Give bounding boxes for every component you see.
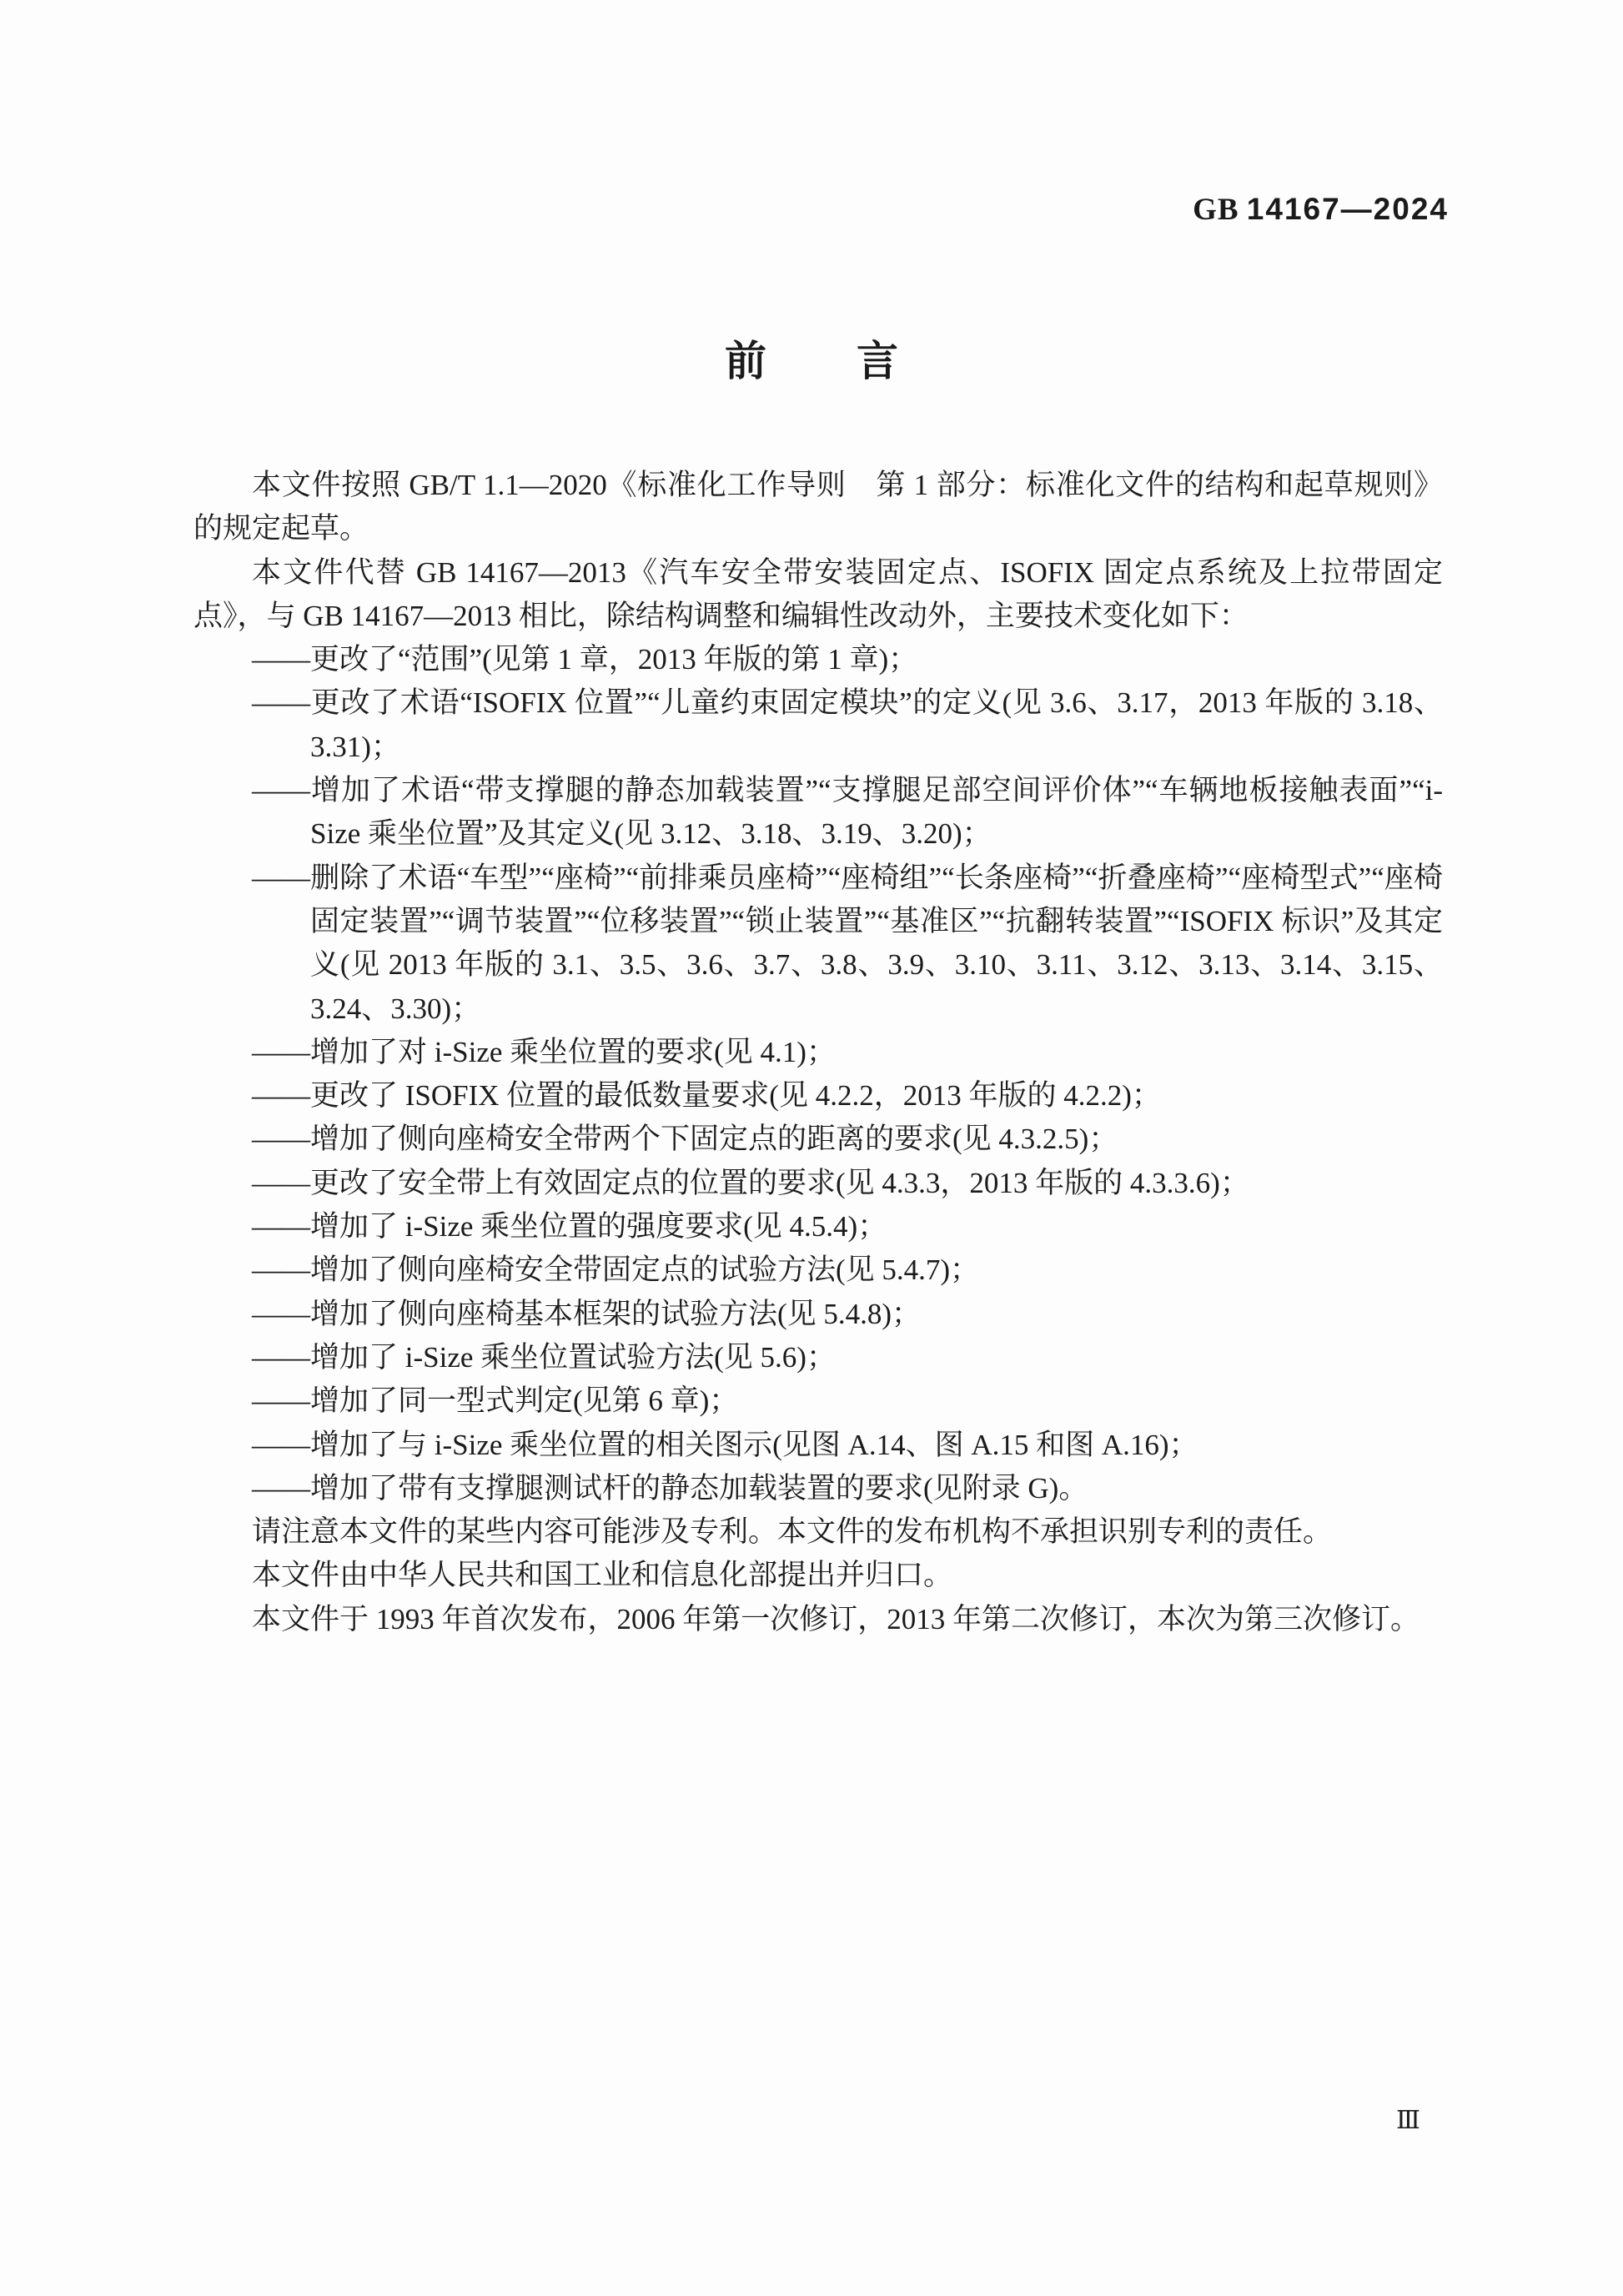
document-page: GB 14167—2024 前 言 本文件按照 GB/T 1.1—2020《标准…	[0, 0, 1623, 2296]
standard-code-prefix: GB	[1193, 193, 1239, 227]
page-number: Ⅲ	[1396, 2107, 1420, 2135]
change-list-item: ——增加了 i-Size 乘坐位置的强度要求(见 4.5.4)；	[193, 1205, 1443, 1248]
change-list-item: ——删除了术语“车型”“座椅”“前排乘员座椅”“座椅组”“长条座椅”“折叠座椅”…	[193, 857, 1443, 1031]
change-list-item: ——增加了同一型式判定(见第 6 章)；	[193, 1379, 1443, 1423]
change-list-item: ——更改了安全带上有效固定点的位置的要求(见 4.3.3，2013 年版的 4.…	[193, 1162, 1443, 1205]
foreword-paragraph: 本文件于 1993 年首次发布，2006 年第一次修订，2013 年第二次修订，…	[193, 1598, 1443, 1641]
foreword-title-char2: 言	[857, 339, 898, 384]
change-list-item: ——增加了与 i-Size 乘坐位置的相关图示(见图 A.14、图 A.15 和…	[193, 1424, 1443, 1467]
foreword-title-char1: 前	[725, 339, 766, 384]
standard-code-number: 14167—2024	[1247, 192, 1449, 226]
change-list-item: ——更改了“范围”(见第 1 章，2013 年版的第 1 章)；	[193, 638, 1443, 681]
foreword-paragraph: 请注意本文件的某些内容可能涉及专利。本文件的发布机构不承担识别专利的责任。	[193, 1510, 1443, 1554]
foreword-paragraph: 本文件按照 GB/T 1.1—2020《标准化工作导则 第 1 部分：标准化文件…	[193, 464, 1443, 551]
standard-code: GB 14167—2024	[193, 192, 1449, 228]
change-list-item: ——增加了带有支撑腿测试杆的静态加载装置的要求(见附录 G)。	[193, 1467, 1443, 1510]
content-blocks: 本文件按照 GB/T 1.1—2020《标准化工作导则 第 1 部分：标准化文件…	[193, 464, 1443, 1641]
change-list-item: ——增加了侧向座椅安全带固定点的试验方法(见 5.4.7)；	[193, 1248, 1443, 1292]
foreword-paragraph: 本文件代替 GB 14167—2013《汽车安全带安装固定点、ISOFIX 固定…	[193, 551, 1443, 639]
change-list-item: ——增加了 i-Size 乘坐位置试验方法(见 5.6)；	[193, 1336, 1443, 1379]
change-list-item: ——增加了术语“带支撑腿的静态加载装置”“支撑腿足部空间评价体”“车辆地板接触表…	[193, 769, 1443, 857]
change-list-item: ——增加了侧向座椅基本框架的试验方法(见 5.4.8)；	[193, 1293, 1443, 1336]
foreword-title: 前 言	[0, 339, 1623, 384]
change-list-item: ——增加了侧向座椅安全带两个下固定点的距离的要求(见 4.3.2.5)；	[193, 1118, 1443, 1161]
foreword-paragraph: 本文件由中华人民共和国工业和信息化部提出并归口。	[193, 1554, 1443, 1597]
change-list-item: ——增加了对 i-Size 乘坐位置的要求(见 4.1)；	[193, 1031, 1443, 1074]
change-list-item: ——更改了 ISOFIX 位置的最低数量要求(见 4.2.2，2013 年版的 …	[193, 1074, 1443, 1118]
change-list-item: ——更改了术语“ISOFIX 位置”“儿童约束固定模块”的定义(见 3.6、3.…	[193, 681, 1443, 769]
